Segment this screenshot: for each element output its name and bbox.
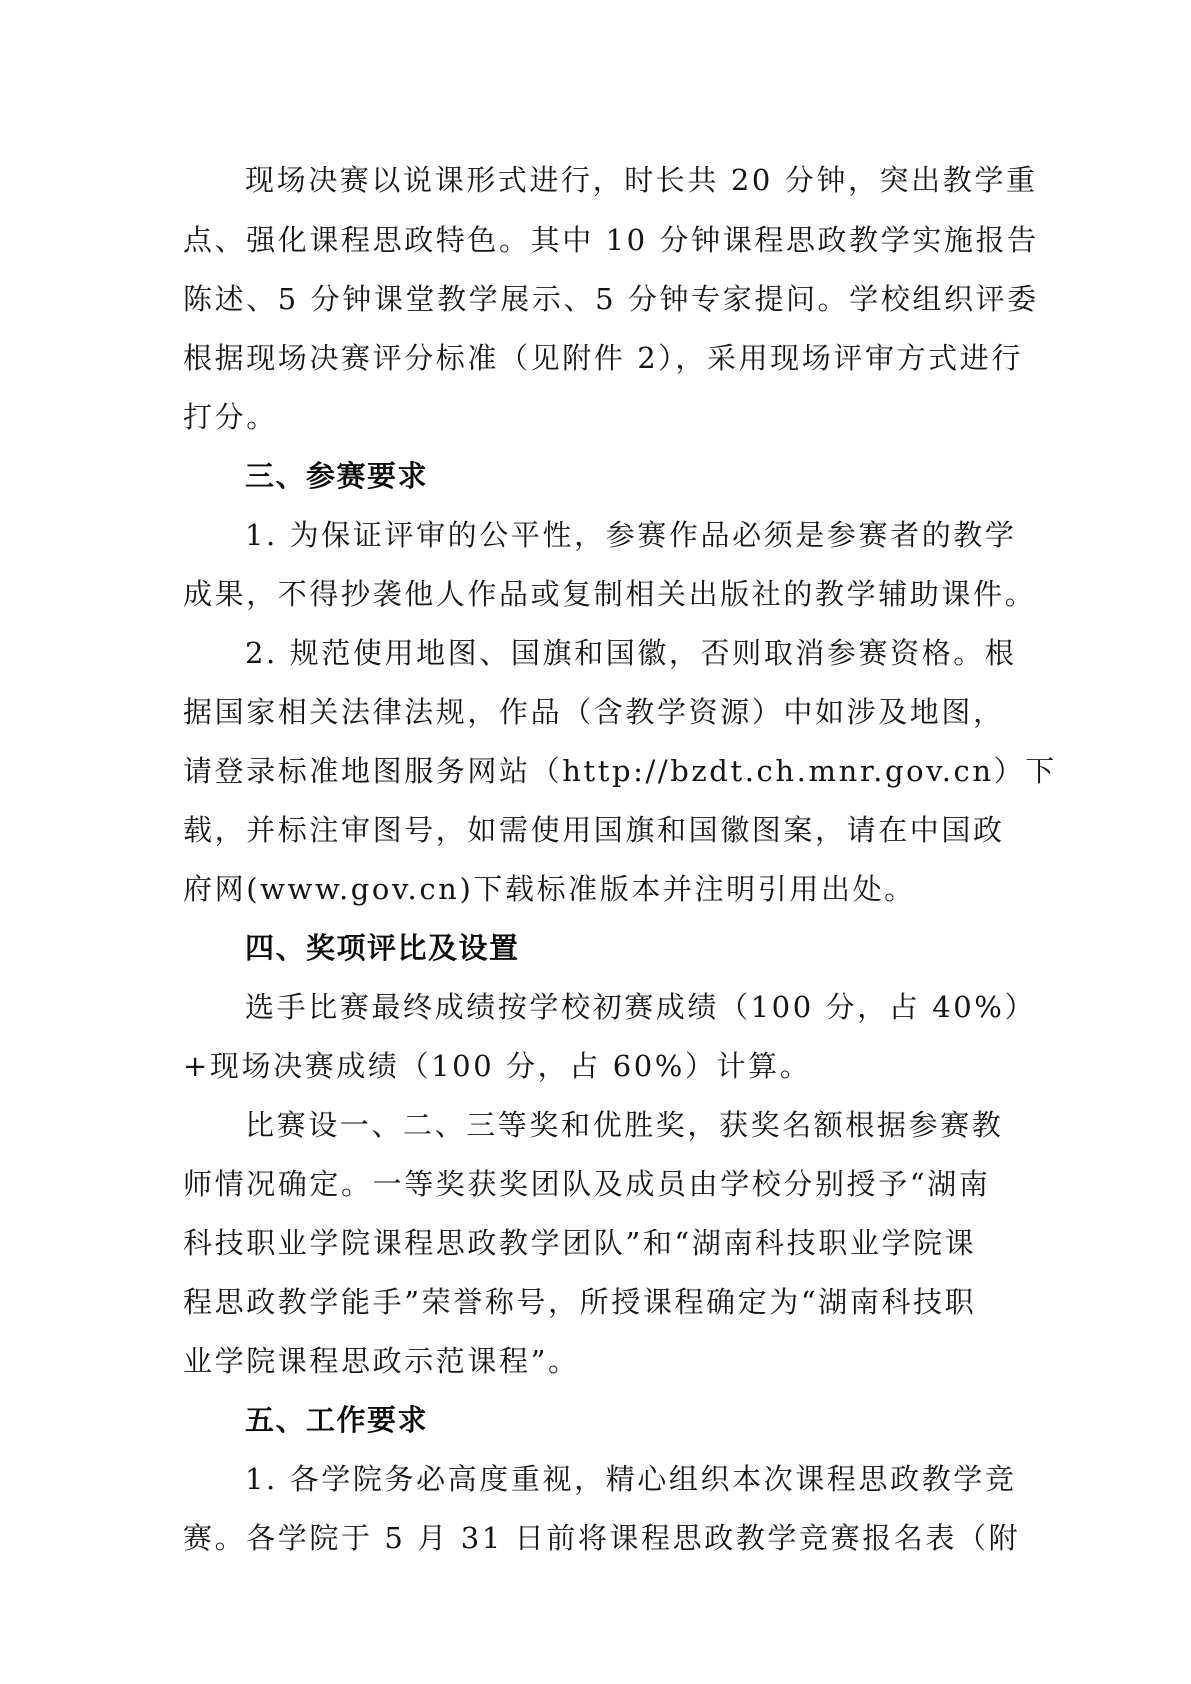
- paragraph-line: 1. 各学院务必高度重视，精心组织本次课程思政教学竞: [245, 1459, 1075, 1499]
- document-page: 现场决赛以说课形式进行，时长共 20 分钟，突出教学重 点、强化课程思政特色。其…: [0, 0, 1191, 1684]
- paragraph-line: 业学院课程思政示范课程”。: [183, 1341, 1013, 1381]
- paragraph-line: 点、强化课程思政特色。其中 10 分钟课程思政教学实施报告: [183, 220, 1013, 260]
- paragraph-line: +现场决赛成绩（100 分，占 60%）计算。: [183, 1046, 1013, 1086]
- paragraph-line: 科技职业学院课程思政教学团队”和“湖南科技职业学院课: [183, 1223, 1013, 1263]
- section-heading-4: 四、奖项评比及设置: [245, 928, 1075, 968]
- paragraph-line: 2. 规范使用地图、国旗和国徽，否则取消参赛资格。根: [245, 633, 1075, 673]
- paragraph-line: 赛。各学院于 5 月 31 日前将课程思政教学竞赛报名表（附: [183, 1518, 1013, 1558]
- section-heading-5: 五、工作要求: [245, 1400, 1075, 1440]
- section-heading-3: 三、参赛要求: [245, 456, 1075, 496]
- paragraph-line: 程思政教学能手”荣誉称号，所授课程确定为“湖南科技职: [183, 1282, 1013, 1322]
- paragraph-line-url: 请登录标准地图服务网站（http://bzdt.ch.mnr.gov.cn）下: [183, 751, 1013, 791]
- paragraph-line: 陈述、5 分钟课堂教学展示、5 分钟专家提问。学校组织评委: [183, 279, 1013, 319]
- paragraph-line: 成果，不得抄袭他人作品或复制相关出版社的教学辅助课件。: [183, 574, 1013, 614]
- paragraph-line: 选手比赛最终成绩按学校初赛成绩（100 分，占 40%）: [245, 987, 1075, 1027]
- paragraph-line: 现场决赛以说课形式进行，时长共 20 分钟，突出教学重: [245, 160, 1075, 200]
- paragraph-line: 师情况确定。一等奖获奖团队及成员由学校分别授予“湖南: [183, 1164, 1013, 1204]
- paragraph-line: 据国家相关法律法规，作品（含教学资源）中如涉及地图，: [183, 692, 1013, 732]
- paragraph-line: 根据现场决赛评分标准（见附件 2），采用现场评审方式进行: [183, 338, 1013, 378]
- paragraph-line: 载，并标注审图号，如需使用国旗和国徽图案，请在中国政: [183, 810, 1013, 850]
- paragraph-line: 1. 为保证评审的公平性，参赛作品必须是参赛者的教学: [245, 515, 1075, 555]
- paragraph-line-url: 府网(www.gov.cn)下载标准版本并注明引用出处。: [183, 869, 1013, 909]
- paragraph-line: 打分。: [183, 397, 1013, 437]
- paragraph-line: 比赛设一、二、三等奖和优胜奖，获奖名额根据参赛教: [245, 1105, 1075, 1145]
